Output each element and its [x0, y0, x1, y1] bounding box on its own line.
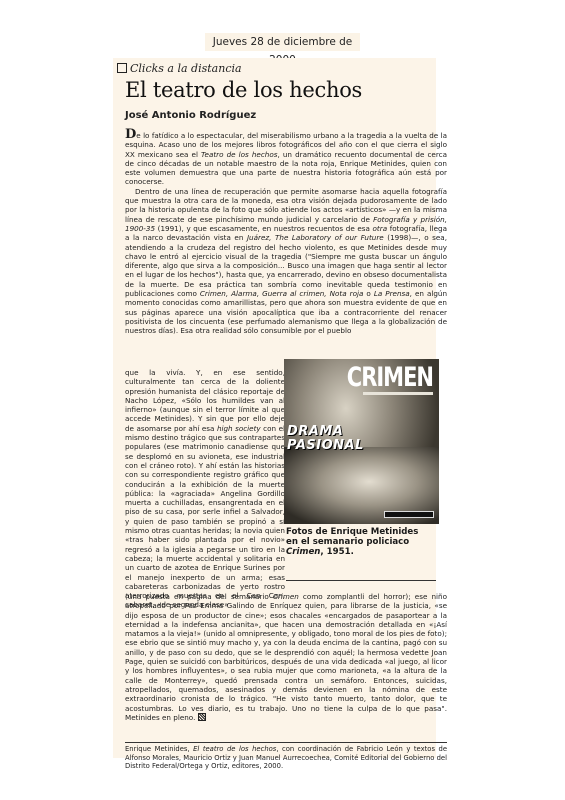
caption-line-1: Fotos de Enrique Metinides [286, 527, 436, 537]
book-title: Teatro de los hechos [201, 150, 278, 159]
paragraph-1: De lo fatídico a lo espectacular, del mi… [125, 130, 447, 187]
section-title: Clicks a la distancia [130, 62, 242, 75]
caption-line-2: en el semanario policiaco [286, 537, 436, 547]
article-body-narrow-column: que la vivía. Y, en ese sentido, cultura… [125, 368, 285, 610]
paragraph-2: Dentro de una línea de recuperación que … [125, 187, 447, 336]
photo-tag [384, 511, 434, 518]
caption-italic: Crimen [286, 547, 320, 557]
article-body-top: De lo fatídico a lo espectacular, del mi… [125, 130, 447, 336]
byline: José Antonio Rodríguez [125, 110, 256, 121]
photo-masthead-subline [363, 392, 433, 395]
p2-italic-2: otra [373, 224, 388, 233]
caption-line-3: Crimen, 1951. [286, 547, 436, 557]
p2-text-b: (1991), y que escasamente, en nuestros r… [155, 224, 373, 233]
caption-rule [286, 580, 436, 581]
narrow-italic: high society [217, 424, 261, 433]
p2-text-e: o [363, 289, 373, 298]
photo-headline-line-1: DRAMA [287, 425, 364, 439]
bottom-text-b: como zomplantli del horror); ese niño at… [125, 592, 447, 722]
narrow-text-b: con el mismo destino trágico que sus con… [125, 424, 285, 610]
p2-italic-5: La Prensa [374, 289, 410, 298]
article-body-bottom: (una puesta en página del semanario Crim… [125, 592, 447, 722]
headline: El teatro de los hechos [125, 78, 362, 102]
credits-text-a: Enrique Metinides, [125, 745, 193, 753]
section-label: Clicks a la distancia [117, 62, 242, 75]
bottom-text-a: (una puesta en página del semanario [125, 592, 273, 601]
photo-headline-line-2: PASIONAL [287, 439, 364, 453]
p2-italic-3: Juárez, The Laboratory of our Future [247, 233, 384, 242]
section-box-icon [117, 63, 127, 73]
bottom-italic: Crimen [273, 592, 299, 601]
photo-headline: DRAMA PASIONAL [287, 425, 364, 453]
photo-masthead: CRIMEN [347, 362, 433, 392]
end-mark-icon [198, 713, 206, 721]
photo-caption: Fotos de Enrique Metinides en el semanar… [286, 527, 436, 557]
p2-italic-4: Crimen, Alarma, Guerra al crimen, Nota r… [200, 289, 363, 298]
crimen-magazine-photo: CRIMEN DRAMA PASIONAL [284, 359, 439, 524]
caption-end: , 1951. [320, 547, 353, 557]
credits-book-title: El teatro de los hechos [193, 745, 276, 753]
credits-rule [125, 742, 447, 743]
book-credits: Enrique Metinides, El teatro de los hech… [125, 745, 447, 771]
dateline: Jueves 28 de diciembre de 2000 [205, 33, 360, 51]
